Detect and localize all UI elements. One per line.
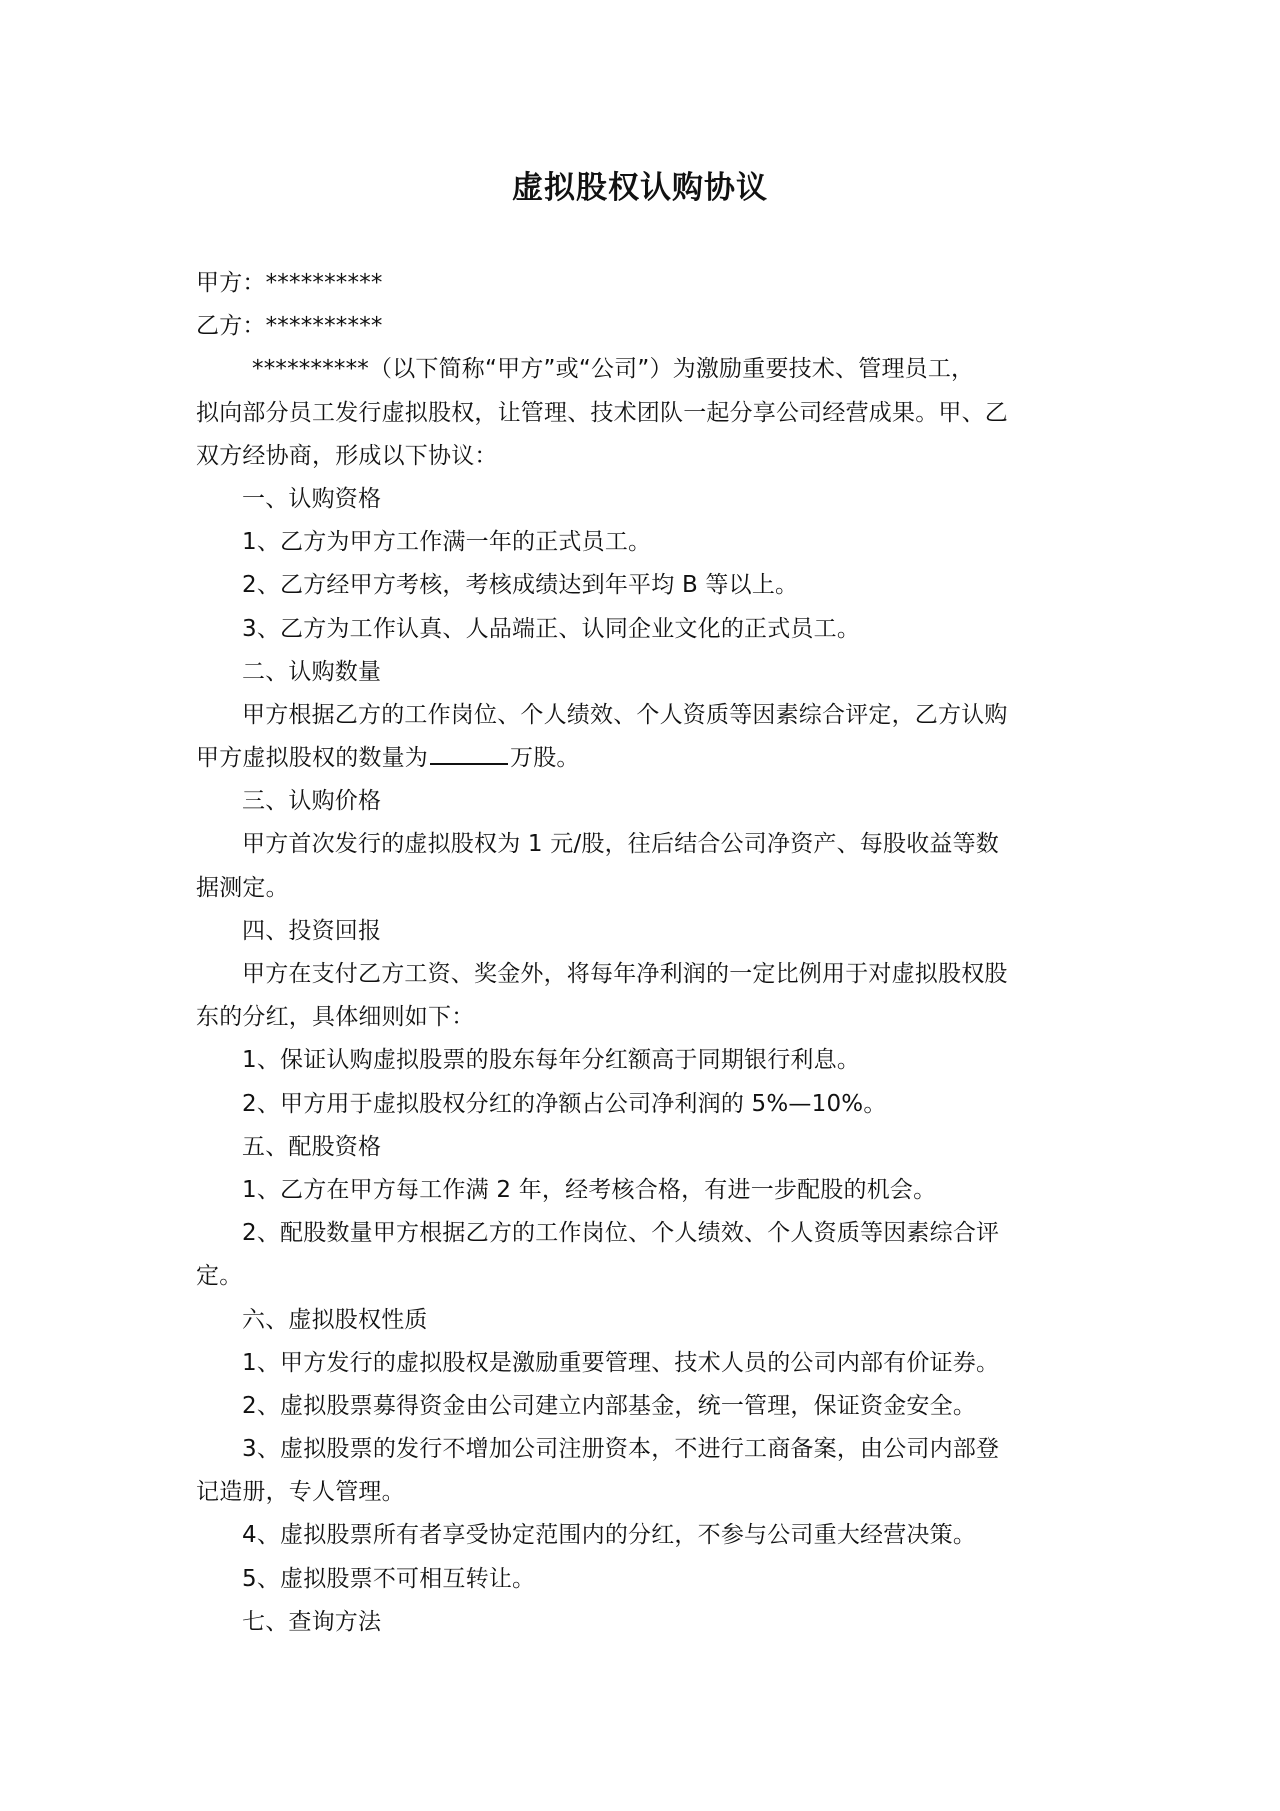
section-heading: 二、认购数量 xyxy=(196,651,1090,694)
list-item: 2、虚拟股票募得资金由公司建立内部基金，统一管理，保证资金安全。 xyxy=(196,1385,1090,1428)
document-page: 虚拟股权认购协议 甲方：********** 乙方：********** ***… xyxy=(0,0,1280,1811)
list-item: 5、虚拟股票不可相互转让。 xyxy=(196,1558,1090,1601)
list-item: 2、配股数量甲方根据乙方的工作岗位、个人绩效、个人资质等因素综合评 xyxy=(196,1212,1090,1255)
section-heading: 四、投资回报 xyxy=(196,910,1090,953)
paragraph-line: 甲方在支付乙方工资、奖金外，将每年净利润的一定比例用于对虚拟股权股 xyxy=(196,953,1090,996)
list-item: 3、乙方为工作认真、人品端正、认同企业文化的正式员工。 xyxy=(196,608,1090,651)
list-item-continuation: 定。 xyxy=(196,1255,1090,1298)
section-heading: 三、认购价格 xyxy=(196,780,1090,823)
section-heading: 六、虚拟股权性质 xyxy=(196,1299,1090,1342)
section-heading: 七、查询方法 xyxy=(196,1601,1090,1644)
document-title: 虚拟股权认购协议 xyxy=(0,166,1280,210)
paragraph-line: 东的分红，具体细则如下： xyxy=(196,996,1090,1039)
document-body: 甲方：********** 乙方：********** **********（以… xyxy=(196,262,1090,1644)
party-b: 乙方：********** xyxy=(196,305,1090,348)
intro-line: 拟向部分员工发行虚拟股权，让管理、技术团队一起分享公司经营成果。甲、乙 xyxy=(196,392,1090,435)
list-item: 1、甲方发行的虚拟股权是激励重要管理、技术人员的公司内部有价证券。 xyxy=(196,1342,1090,1385)
paragraph-line: 甲方虚拟股权的数量为万股。 xyxy=(196,737,1090,780)
paragraph-line: 甲方首次发行的虚拟股权为 1 元/股，往后结合公司净资产、每股收益等数 xyxy=(196,823,1090,866)
list-item: 2、甲方用于虚拟股权分红的净额占公司净利润的 5%—10%。 xyxy=(196,1083,1090,1126)
list-item-continuation: 记造册，专人管理。 xyxy=(196,1471,1090,1514)
quantity-blank-field[interactable] xyxy=(430,741,508,765)
list-item: 1、乙方在甲方每工作满 2 年，经考核合格，有进一步配股的机会。 xyxy=(196,1169,1090,1212)
list-item: 3、虚拟股票的发行不增加公司注册资本，不进行工商备案，由公司内部登 xyxy=(196,1428,1090,1471)
paragraph-line: 据测定。 xyxy=(196,867,1090,910)
party-a: 甲方：********** xyxy=(196,262,1090,305)
list-item: 4、虚拟股票所有者享受协定范围内的分红，不参与公司重大经营决策。 xyxy=(196,1514,1090,1557)
section-heading: 一、认购资格 xyxy=(196,478,1090,521)
quantity-label: 甲方虚拟股权的数量为 xyxy=(196,745,428,771)
paragraph-line: 甲方根据乙方的工作岗位、个人绩效、个人资质等因素综合评定，乙方认购 xyxy=(196,694,1090,737)
quantity-unit: 万股。 xyxy=(510,745,580,771)
intro-line: 双方经协商，形成以下协议： xyxy=(196,435,1090,478)
section-heading: 五、配股资格 xyxy=(196,1126,1090,1169)
list-item: 1、保证认购虚拟股票的股东每年分红额高于同期银行利息。 xyxy=(196,1039,1090,1082)
list-item: 2、乙方经甲方考核，考核成绩达到年平均 B 等以上。 xyxy=(196,564,1090,607)
list-item: 1、乙方为甲方工作满一年的正式员工。 xyxy=(196,521,1090,564)
intro-line: **********（以下简称“甲方”或“公司”）为激励重要技术、管理员工， xyxy=(196,348,1090,391)
